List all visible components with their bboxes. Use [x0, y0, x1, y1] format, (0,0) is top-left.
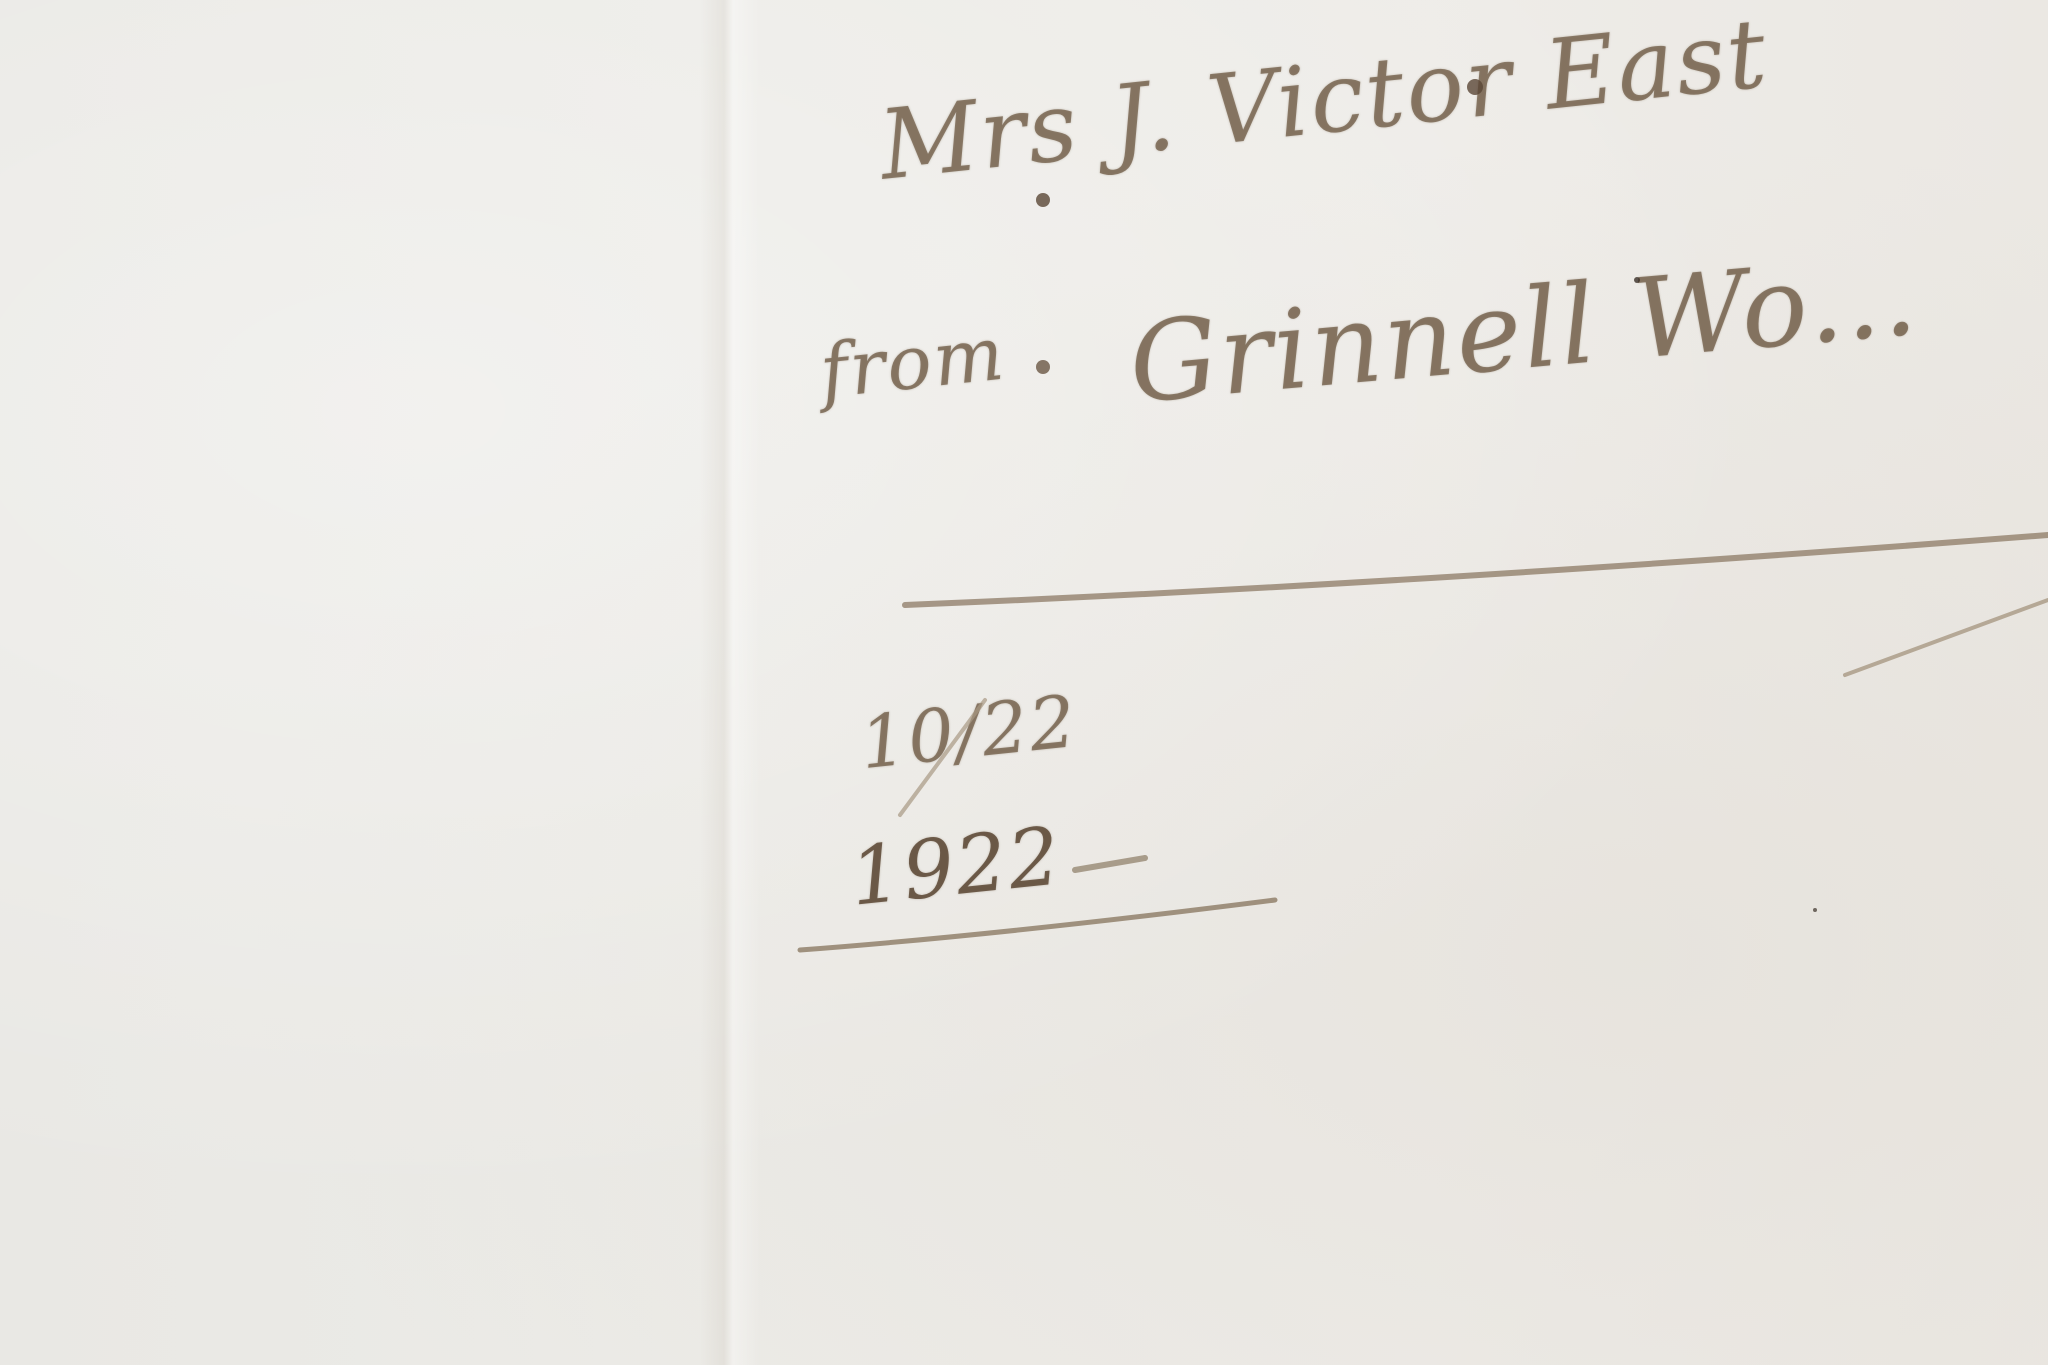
- ink-underlines: [0, 0, 2048, 1365]
- handwriting-area: Mrs J. Victor East from Grinnell Wo... 1…: [0, 0, 2048, 1365]
